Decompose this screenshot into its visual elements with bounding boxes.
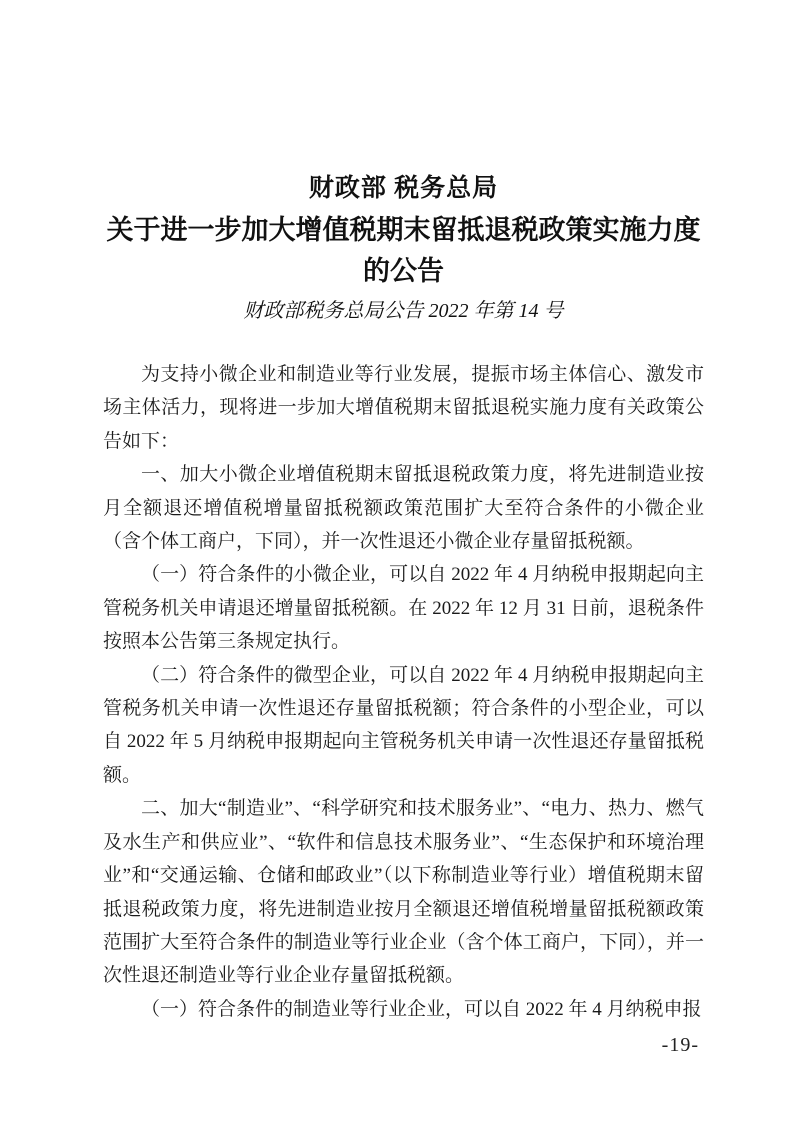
doc-number: 财政部税务总局公告 2022 年第 14 号: [103, 296, 704, 326]
paragraph-article-1-item-1: （一）符合条件的小微企业，可以自 2022 年 4 月纳税申报期起向主管税务机关…: [103, 558, 704, 658]
paragraph-intro: 为支持小微企业和制造业等行业发展，提振市场主体信心、激发市场主体活力，现将进一步…: [103, 358, 704, 458]
page-number: -19-: [662, 1034, 699, 1057]
paragraph-article-2: 二、加大“制造业”、“科学研究和技术服务业”、“电力、热力、燃气及水生产和供应业…: [103, 792, 704, 992]
title-subject-line-2: 的公告: [103, 251, 704, 292]
title-subject: 关于进一步加大增值税期末留抵退税政策实施力度 的公告: [103, 210, 704, 292]
document-body: 财政部 税务总局 关于进一步加大增值税期末留抵退税政策实施力度 的公告 财政部税…: [103, 0, 704, 1026]
title-agency: 财政部 税务总局: [103, 172, 704, 205]
paragraph-article-2-item-1: （一）符合条件的制造业等行业企业，可以自 2022 年 4 月纳税申报: [103, 993, 704, 1026]
paragraph-article-1-item-2: （二）符合条件的微型企业，可以自 2022 年 4 月纳税申报期起向主管税务机关…: [103, 659, 704, 793]
paragraph-article-1: 一、加大小微企业增值税期末留抵退税政策力度，将先进制造业按月全额退还增值税增量留…: [103, 458, 704, 558]
document-page: 财政部 税务总局 关于进一步加大增值税期末留抵退税政策实施力度 的公告 财政部税…: [0, 0, 793, 1122]
body-text: 为支持小微企业和制造业等行业发展，提振市场主体信心、激发市场主体活力，现将进一步…: [103, 358, 704, 1026]
title-subject-line-1: 关于进一步加大增值税期末留抵退税政策实施力度: [103, 210, 704, 251]
